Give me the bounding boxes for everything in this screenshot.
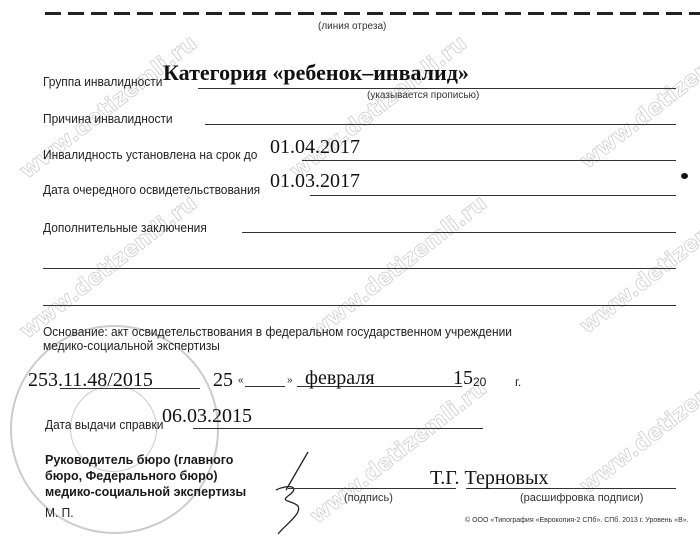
watermark: www.detizemli.ru: [285, 31, 472, 184]
next-exam-label: Дата очередного освидетельствования: [43, 182, 260, 197]
act-month-value[interactable]: февраля: [305, 367, 375, 390]
quote-open: «: [238, 375, 244, 386]
quote-close: »: [287, 375, 293, 386]
signature-hint: (подпись): [344, 492, 393, 504]
year-suffix: г.: [515, 375, 521, 389]
name-hint: (расшифровка подписи): [520, 492, 643, 504]
issue-date-label: Дата выдачи справки: [45, 417, 163, 432]
signer-role-line1: Руководитель бюро (главного: [45, 452, 233, 468]
ink-dot: [681, 173, 688, 179]
watermark: www.detizemli.ru: [575, 186, 700, 339]
printer-imprint: © ООО «Типография «Еврокопия-2 СПб». СПб…: [465, 517, 689, 524]
cause-underline[interactable]: [205, 124, 676, 125]
signer-name-value[interactable]: Т.Г. Терновых: [430, 467, 548, 490]
basis-text-line1: Основание: акт освидетельствования в фед…: [43, 324, 512, 339]
signer-role-line3: медико-социальной экспертизы: [45, 484, 246, 500]
term-underline: [302, 160, 676, 161]
term-label: Инвалидность установлена на срок до: [43, 147, 257, 162]
next-exam-value[interactable]: 01.03.2017: [270, 170, 360, 193]
seal-label: М. П.: [45, 505, 74, 520]
group-hint: (указывается прописью): [367, 90, 479, 101]
issue-date-value[interactable]: 06.03.2015: [162, 405, 252, 428]
next-exam-underline: [310, 195, 676, 196]
signer-role-line2: бюро, Федерального бюро): [45, 468, 218, 484]
group-value[interactable]: Категория «ребенок–инвалид»: [163, 60, 469, 86]
year-prefix: 20: [473, 375, 486, 389]
extra-underline-3[interactable]: [43, 305, 676, 306]
basis-text-line2: медико-социальной экспертизы: [43, 338, 220, 353]
act-day-value[interactable]: 25: [213, 369, 233, 392]
watermark: www.detizemli.ru: [575, 346, 700, 499]
act-day-underline: [245, 386, 285, 387]
act-number-underline: [60, 388, 200, 389]
group-underline: [198, 88, 676, 89]
handwritten-signature: [268, 448, 328, 538]
cut-line-label: (линия отреза): [318, 21, 386, 32]
cut-line: [45, 12, 700, 15]
act-year-value[interactable]: 15: [453, 367, 473, 390]
term-value[interactable]: 01.04.2017: [270, 136, 360, 159]
cause-label: Причина инвалидности: [43, 111, 173, 126]
group-label: Группа инвалидности: [43, 74, 162, 89]
watermark: www.detizemli.ru: [305, 376, 492, 529]
extra-underline-2[interactable]: [43, 268, 676, 269]
extra-underline-1[interactable]: [242, 232, 676, 233]
extra-label: Дополнительные заключения: [43, 220, 207, 235]
issue-date-underline: [193, 428, 483, 429]
watermark: www.detizemli.ru: [575, 21, 700, 174]
